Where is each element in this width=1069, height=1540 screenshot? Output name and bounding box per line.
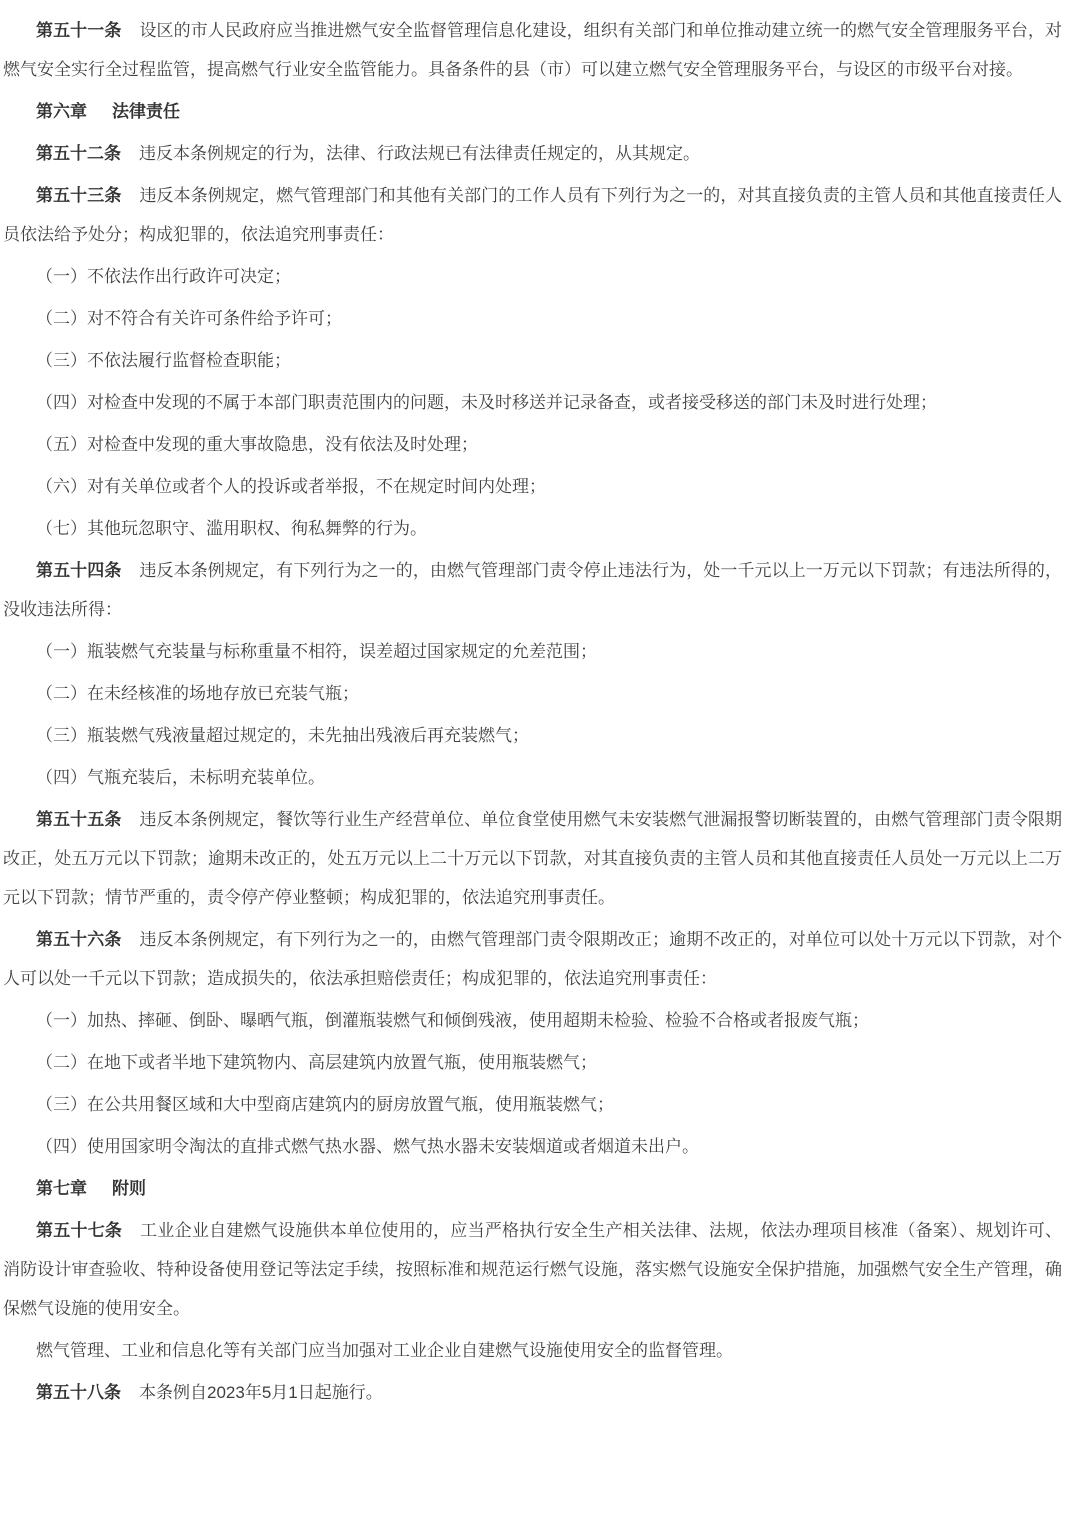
list-item-paragraph: （三）在公共用餐区域和大中型商店建筑内的厨房放置气瓶，使用瓶装燃气； bbox=[3, 1085, 1062, 1124]
paragraph-text: 本条例自2023年5月1日起施行。 bbox=[139, 1383, 383, 1402]
chapter-number: 第七章 bbox=[36, 1179, 87, 1198]
paragraph-text: （四）使用国家明令淘汰的直排式燃气热水器、燃气热水器未安装烟道或者烟道未出户。 bbox=[36, 1137, 699, 1156]
chapter-heading: 第七章附则 bbox=[3, 1169, 1062, 1208]
plain-paragraph: 燃气管理、工业和信息化等有关部门应当加强对工业企业自建燃气设施使用安全的监督管理… bbox=[3, 1331, 1062, 1370]
paragraph-text: （七）其他玩忽职守、滥用职权、徇私舞弊的行为。 bbox=[36, 519, 427, 538]
paragraph-text: 违反本条例规定，餐饮等行业生产经营单位、单位食堂使用燃气未安装燃气泄漏报警切断装… bbox=[3, 810, 1062, 907]
list-item-paragraph: （七）其他玩忽职守、滥用职权、徇私舞弊的行为。 bbox=[3, 509, 1062, 548]
paragraph-text: 违反本条例规定，有下列行为之一的，由燃气管理部门责令停止违法行为，处一千元以上一… bbox=[3, 561, 1062, 619]
article-paragraph: 第五十二条违反本条例规定的行为，法律、行政法规已有法律责任规定的，从其规定。 bbox=[3, 134, 1062, 173]
list-item-paragraph: （二）在未经核准的场地存放已充装气瓶； bbox=[3, 674, 1062, 713]
chapter-title: 附则 bbox=[112, 1179, 146, 1198]
paragraph-text: 燃气管理、工业和信息化等有关部门应当加强对工业企业自建燃气设施使用安全的监督管理… bbox=[36, 1341, 733, 1360]
paragraph-text: 违反本条例规定，燃气管理部门和其他有关部门的工作人员有下列行为之一的，对其直接负… bbox=[3, 186, 1062, 244]
list-item-paragraph: （四）使用国家明令淘汰的直排式燃气热水器、燃气热水器未安装烟道或者烟道未出户。 bbox=[3, 1127, 1062, 1166]
article-paragraph: 第五十三条违反本条例规定，燃气管理部门和其他有关部门的工作人员有下列行为之一的，… bbox=[3, 176, 1062, 254]
paragraph-text: 设区的市人民政府应当推进燃气安全监督管理信息化建设，组织有关部门和单位推动建立统… bbox=[3, 21, 1062, 79]
paragraph-text: 工业企业自建燃气设施供本单位使用的，应当严格执行安全生产相关法律、法规，依法办理… bbox=[3, 1221, 1062, 1318]
article-paragraph: 第五十六条违反本条例规定，有下列行为之一的，由燃气管理部门责令限期改正；逾期不改… bbox=[3, 920, 1062, 998]
article-number: 第五十二条 bbox=[36, 144, 121, 163]
paragraph-text: 违反本条例规定，有下列行为之一的，由燃气管理部门责令限期改正；逾期不改正的，对单… bbox=[3, 930, 1062, 988]
paragraph-text: （三）瓶装燃气残液量超过规定的，未先抽出残液后再充装燃气； bbox=[36, 726, 529, 745]
article-paragraph: 第五十一条设区的市人民政府应当推进燃气安全监督管理信息化建设，组织有关部门和单位… bbox=[3, 11, 1062, 89]
article-number: 第五十五条 bbox=[36, 810, 121, 829]
paragraph-text: （四）气瓶充装后，未标明充装单位。 bbox=[36, 768, 325, 787]
list-item-paragraph: （六）对有关单位或者个人的投诉或者举报，不在规定时间内处理； bbox=[3, 467, 1062, 506]
paragraph-text: （一）不依法作出行政许可决定； bbox=[36, 267, 291, 286]
article-number: 第五十四条 bbox=[36, 561, 121, 580]
paragraph-text: （三）不依法履行监督检查职能； bbox=[36, 351, 291, 370]
article-number: 第五十三条 bbox=[36, 186, 121, 205]
list-item-paragraph: （一）瓶装燃气充装量与标称重量不相符，误差超过国家规定的允差范围； bbox=[3, 632, 1062, 671]
paragraph-text: （三）在公共用餐区域和大中型商店建筑内的厨房放置气瓶，使用瓶装燃气； bbox=[36, 1095, 614, 1114]
paragraph-text: （六）对有关单位或者个人的投诉或者举报，不在规定时间内处理； bbox=[36, 477, 546, 496]
list-item-paragraph: （二）在地下或者半地下建筑物内、高层建筑内放置气瓶，使用瓶装燃气； bbox=[3, 1043, 1062, 1082]
list-item-paragraph: （一）不依法作出行政许可决定； bbox=[3, 257, 1062, 296]
paragraph-text: （二）在未经核准的场地存放已充装气瓶； bbox=[36, 684, 359, 703]
article-number: 第五十六条 bbox=[36, 930, 121, 949]
article-paragraph: 第五十七条工业企业自建燃气设施供本单位使用的，应当严格执行安全生产相关法律、法规… bbox=[3, 1211, 1062, 1328]
list-item-paragraph: （三）不依法履行监督检查职能； bbox=[3, 341, 1062, 380]
chapter-heading: 第六章法律责任 bbox=[3, 92, 1062, 131]
chapter-number: 第六章 bbox=[36, 102, 87, 121]
article-paragraph: 第五十四条违反本条例规定，有下列行为之一的，由燃气管理部门责令停止违法行为，处一… bbox=[3, 551, 1062, 629]
paragraph-text: 违反本条例规定的行为，法律、行政法规已有法律责任规定的，从其规定。 bbox=[139, 144, 700, 163]
list-item-paragraph: （二）对不符合有关许可条件给予许可； bbox=[3, 299, 1062, 338]
list-item-paragraph: （四）气瓶充装后，未标明充装单位。 bbox=[3, 758, 1062, 797]
chapter-title: 法律责任 bbox=[112, 102, 180, 121]
article-number: 第五十一条 bbox=[36, 21, 121, 40]
paragraph-text: （四）对检查中发现的不属于本部门职责范围内的问题，未及时移送并记录备查，或者接受… bbox=[36, 393, 937, 412]
list-item-paragraph: （五）对检查中发现的重大事故隐患，没有依法及时处理； bbox=[3, 425, 1062, 464]
paragraph-text: （一）瓶装燃气充装量与标称重量不相符，误差超过国家规定的允差范围； bbox=[36, 642, 597, 661]
article-paragraph: 第五十八条本条例自2023年5月1日起施行。 bbox=[3, 1373, 1062, 1412]
paragraph-text: （二）对不符合有关许可条件给予许可； bbox=[36, 309, 342, 328]
article-paragraph: 第五十五条违反本条例规定，餐饮等行业生产经营单位、单位食堂使用燃气未安装燃气泄漏… bbox=[3, 800, 1062, 917]
list-item-paragraph: （三）瓶装燃气残液量超过规定的，未先抽出残液后再充装燃气； bbox=[3, 716, 1062, 755]
paragraph-text: （五）对检查中发现的重大事故隐患，没有依法及时处理； bbox=[36, 435, 478, 454]
document-body: 第五十一条设区的市人民政府应当推进燃气安全监督管理信息化建设，组织有关部门和单位… bbox=[0, 0, 1069, 1540]
paragraph-text: （一）加热、摔砸、倒卧、曝晒气瓶，倒灌瓶装燃气和倾倒残液，使用超期未检验、检验不… bbox=[36, 1011, 869, 1030]
article-number: 第五十七条 bbox=[36, 1221, 122, 1240]
list-item-paragraph: （一）加热、摔砸、倒卧、曝晒气瓶，倒灌瓶装燃气和倾倒残液，使用超期未检验、检验不… bbox=[3, 1001, 1062, 1040]
paragraph-text: （二）在地下或者半地下建筑物内、高层建筑内放置气瓶，使用瓶装燃气； bbox=[36, 1053, 597, 1072]
list-item-paragraph: （四）对检查中发现的不属于本部门职责范围内的问题，未及时移送并记录备查，或者接受… bbox=[3, 383, 1062, 422]
article-number: 第五十八条 bbox=[36, 1383, 121, 1402]
